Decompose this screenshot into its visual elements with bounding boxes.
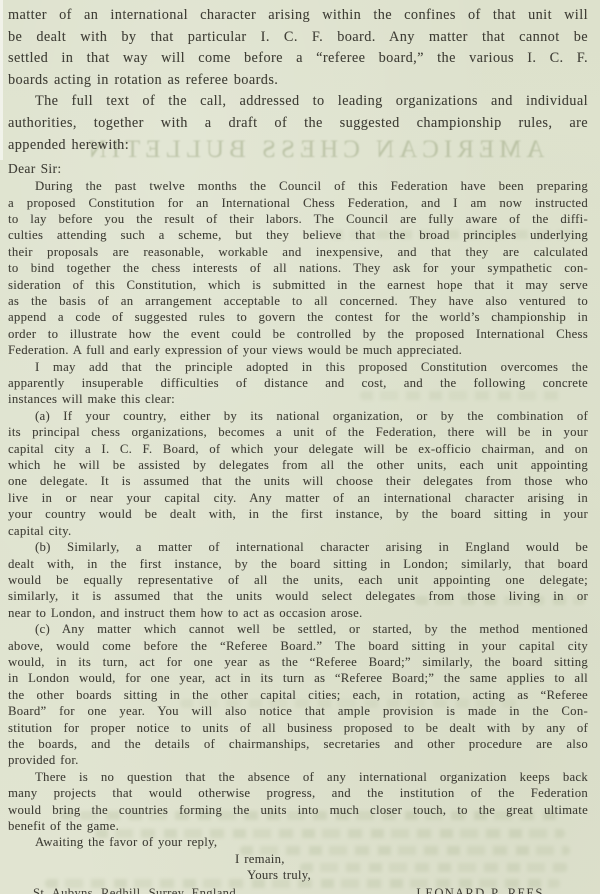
text-line: above, would come before the “Referee Bo… [8, 638, 588, 654]
scanned-document-page: AMERICAN CHESS BULLETIN matter of an int… [0, 0, 600, 894]
text-line: your country would be dealt with, in the… [8, 506, 588, 522]
text-line: to bind together the chess interests of … [8, 260, 588, 276]
text-line: stitution for proper notice to units of … [8, 720, 588, 736]
letter-body: Dear Sir: During the past twelve months … [8, 160, 588, 894]
text-line: which he will be assisted by delegates f… [8, 457, 588, 473]
paragraph: I may add that the principle adopted in … [8, 359, 588, 408]
signature-row: St. Aubyns, Redhill, Surrey, England. LE… [8, 885, 588, 894]
text-line: There is no question that the absence of… [8, 769, 588, 785]
text-line: sideration of this Constitution, which i… [8, 277, 588, 293]
paragraph: matter of an international character ari… [8, 5, 588, 91]
text-line: would bring the countries forming the un… [8, 802, 588, 818]
text-line: as the basis of an arrangement acceptabl… [8, 293, 588, 309]
paragraph: During the past twelve months the Counci… [8, 178, 588, 358]
text-line: the other boards sitting in the other ca… [8, 687, 588, 703]
text-line: Federation. A full and early expression … [8, 342, 588, 358]
text-line: appended herewith: [8, 135, 588, 157]
text-line: to lay before you the result of their la… [8, 211, 588, 227]
text-line: live in or near your capital city. Any m… [8, 490, 588, 506]
text-line: matter of an international character ari… [8, 5, 588, 27]
text-line: similarly, it is assumed that the units … [8, 588, 588, 604]
sender-name: LEONARD P. REES. [416, 885, 548, 894]
text-line: authorities, together with a draft of th… [8, 113, 588, 135]
sender-address: St. Aubyns, Redhill, Surrey, England. [33, 885, 239, 894]
text-line: many projects that would otherwise progr… [8, 785, 588, 801]
text-line: append a code of suggested rules to gove… [8, 309, 588, 325]
text-line: in London would, for one year, act in it… [8, 670, 588, 686]
text-line: provided for. [8, 752, 588, 768]
text-line: Board” for one year. You will also notic… [8, 703, 588, 719]
text-line: capital city a I. C. F. Board, of which … [8, 441, 588, 457]
text-line: culties attending such a scheme, but the… [8, 227, 588, 243]
paragraph: (a) If your country, either by its natio… [8, 408, 588, 539]
text-line: near to London, and instruct them how to… [8, 605, 588, 621]
text-line: its principal chess organizations, becom… [8, 424, 588, 440]
paragraph: (c) Any matter which cannot well be sett… [8, 621, 588, 769]
salutation: Dear Sir: [8, 160, 588, 177]
paragraph: (b) Similarly, a matter of international… [8, 539, 588, 621]
text-line: order to illustrate how the event could … [8, 326, 588, 342]
letter-paragraphs: During the past twelve months the Counci… [8, 178, 588, 834]
text-line: the boards, and the details of chairmans… [8, 736, 588, 752]
text-line: one delegate. It is assumed that the uni… [8, 473, 588, 489]
text-line: During the past twelve months the Counci… [8, 178, 588, 194]
text-line: a proposed Constitution for an Internati… [8, 195, 588, 211]
text-line: benefit of the game. [8, 818, 588, 834]
closing-awaiting-line: Awaiting the favor of your reply, [8, 834, 588, 850]
text-line: (c) Any matter which cannot well be sett… [8, 621, 588, 637]
lead-in-paragraphs: matter of an international character ari… [8, 0, 588, 156]
text-line: The full text of the call, addressed to … [8, 91, 588, 113]
text-column: matter of an international character ari… [0, 0, 600, 894]
text-line: be dealt with by that particular I. C. F… [8, 27, 588, 49]
text-line: capital city. [8, 523, 588, 539]
text-line: boards acting in rotation as referee boa… [8, 70, 588, 92]
text-line: (b) Similarly, a matter of international… [8, 539, 588, 555]
text-line: would be equally representative of all t… [8, 572, 588, 588]
text-line: their proposals are reasonable, workable… [8, 244, 588, 260]
text-line: (a) If your country, either by its natio… [8, 408, 588, 424]
paragraph: There is no question that the absence of… [8, 769, 588, 835]
text-line: settled in that way will come before a “… [8, 48, 588, 70]
text-line: apparently insuperable difficulties of d… [8, 375, 588, 391]
text-line: would, in its turn, act for one year as … [8, 654, 588, 670]
text-line: dealt with, in the first instance, by th… [8, 556, 588, 572]
text-line: I may add that the principle adopted in … [8, 359, 588, 375]
closing-i-remain-line: I remain, [8, 851, 588, 867]
text-line: instances will make this clear: [8, 391, 588, 407]
closing-yours-truly-line: Yours truly, [8, 867, 588, 883]
paragraph: The full text of the call, addressed to … [8, 91, 588, 156]
